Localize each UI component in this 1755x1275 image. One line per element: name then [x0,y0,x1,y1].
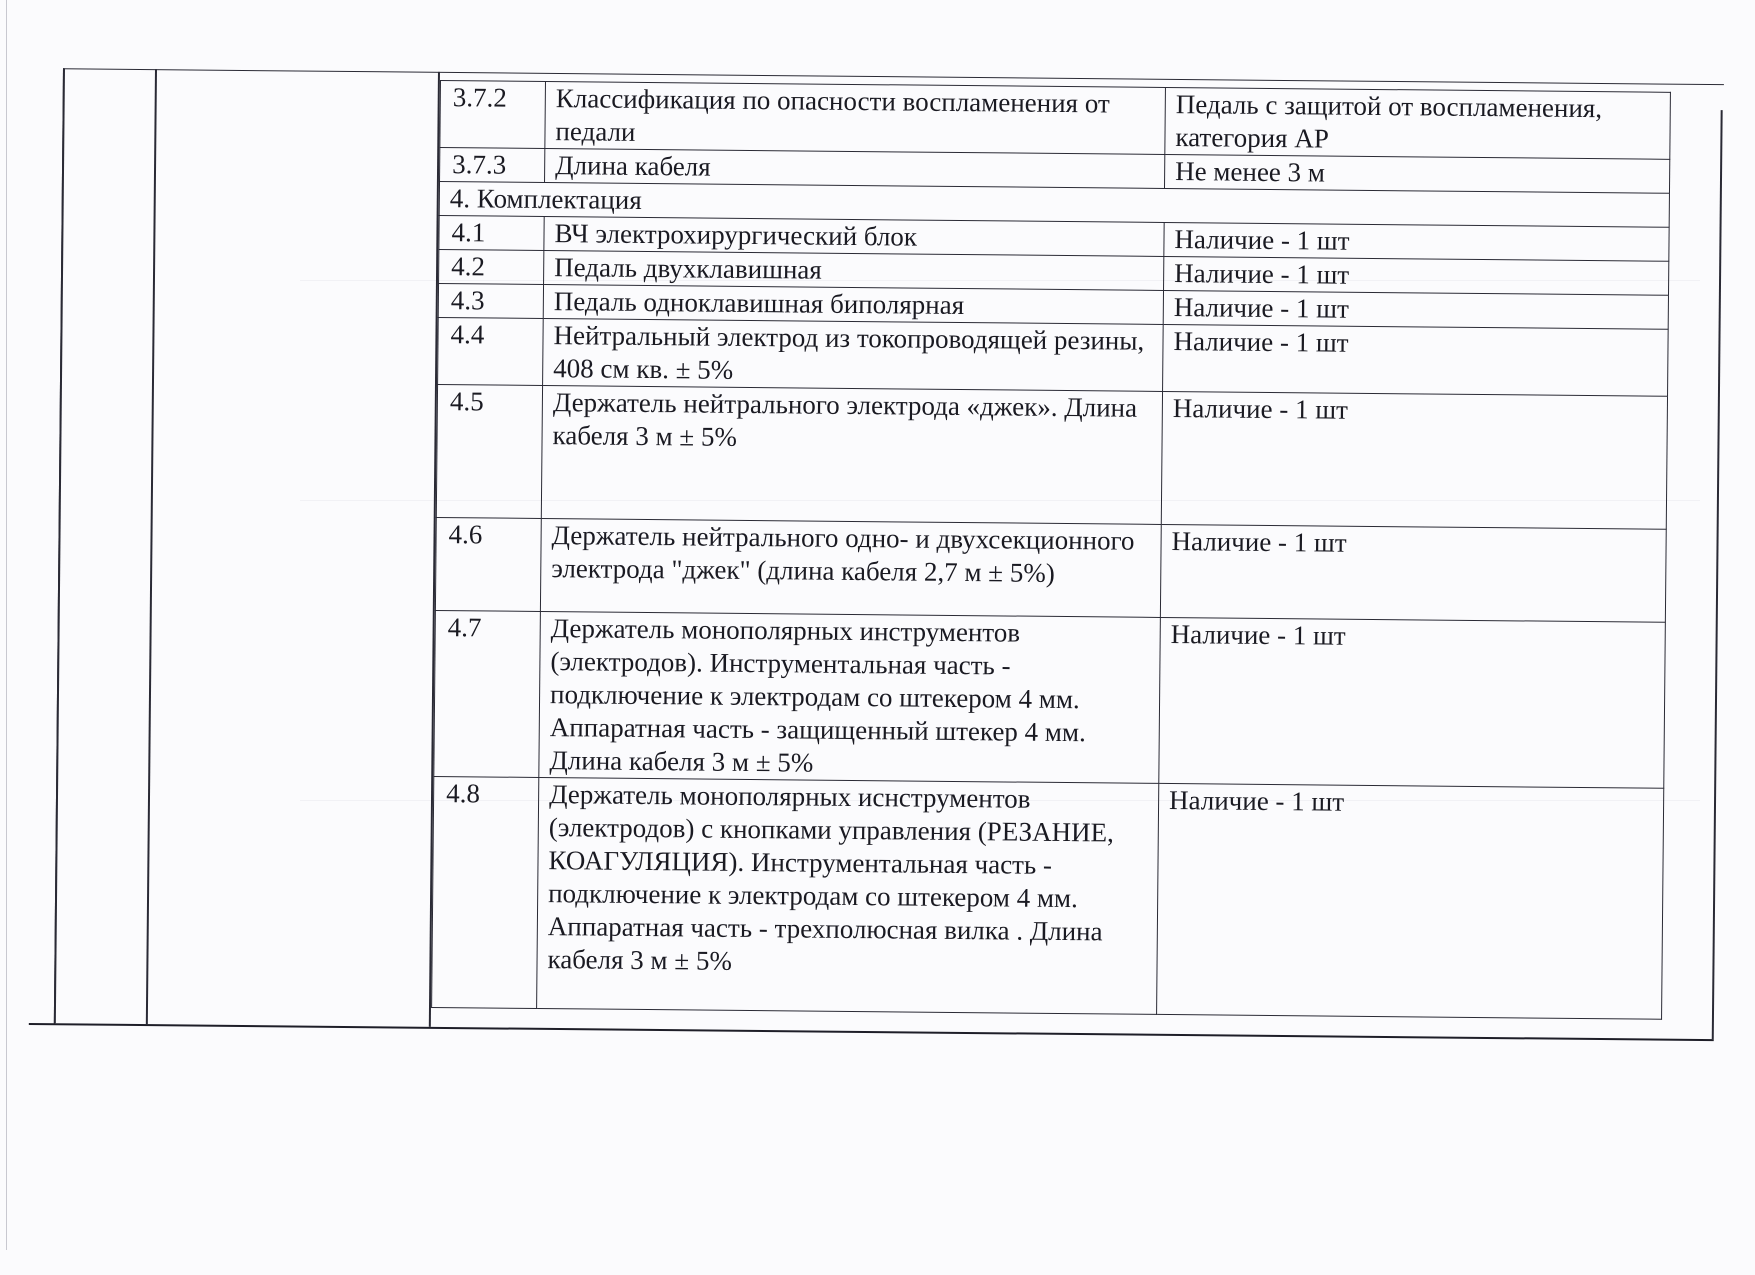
item-number: 4.1 [439,215,544,250]
table-row: 4.4 Нейтральный электрод из токопроводящ… [438,317,1669,396]
item-value: Наличие - 1 шт [1161,391,1667,529]
table-row: 4.8 Держатель монополярных иснструментов… [432,776,1664,1019]
item-description: Держатель монополярных инструментов (эле… [539,611,1161,783]
row-number: 3.7.3 [440,148,545,183]
item-value: Наличие - 1 шт [1163,290,1668,329]
table-row: 3.7.2 Классификация по опасности восплам… [440,81,1671,160]
item-value: Наличие - 1 шт [1163,324,1669,396]
item-description: Педаль одноклавишная биполярная [543,285,1163,325]
item-number: 4.4 [438,317,544,385]
item-value: Наличие - 1 шт [1157,783,1664,1019]
specification-table: 3.7.2 Классификация по опасности восплам… [431,80,1670,1020]
item-number: 4.8 [432,776,539,1008]
row-description: Классификация по опасности воспламенения… [545,82,1166,155]
row-value: Не менее 3 м [1164,154,1669,193]
table-row: 4.6 Держатель нейтрального одно- и двухс… [435,517,1666,622]
table-row: 4.7 Держатель монополярных инструментов … [434,610,1666,788]
item-value: Наличие - 1 шт [1160,524,1666,622]
item-value: Наличие - 1 шт [1164,256,1669,295]
item-number: 4.6 [435,517,541,611]
item-description: Держатель нейтрального одно- и двухсекци… [540,518,1161,617]
item-number: 4.5 [436,384,542,518]
row-description: Длина кабеля [545,149,1165,189]
table-row: 4.5 Держатель нейтрального электрода «дж… [436,384,1667,529]
item-number: 4.7 [434,610,541,777]
scan-page-edge [6,0,7,1250]
item-number: 4.2 [439,249,544,284]
item-number: 4.3 [438,283,543,318]
item-value: Наличие - 1 шт [1164,222,1669,261]
row-number: 3.7.2 [440,81,546,149]
item-description: Держатель нейтрального электрода «джек».… [541,385,1162,524]
item-description: Держатель монополярных иснструментов (эл… [537,777,1159,1014]
item-description: ВЧ электрохирургический блок [544,217,1164,257]
item-description: Педаль двухклавишная [544,251,1164,291]
row-value: Педаль с защитой от воспламенения, катег… [1165,87,1671,159]
item-description: Нейтральный электрод из токопроводящей р… [543,319,1164,392]
item-value: Наличие - 1 шт [1159,617,1666,788]
